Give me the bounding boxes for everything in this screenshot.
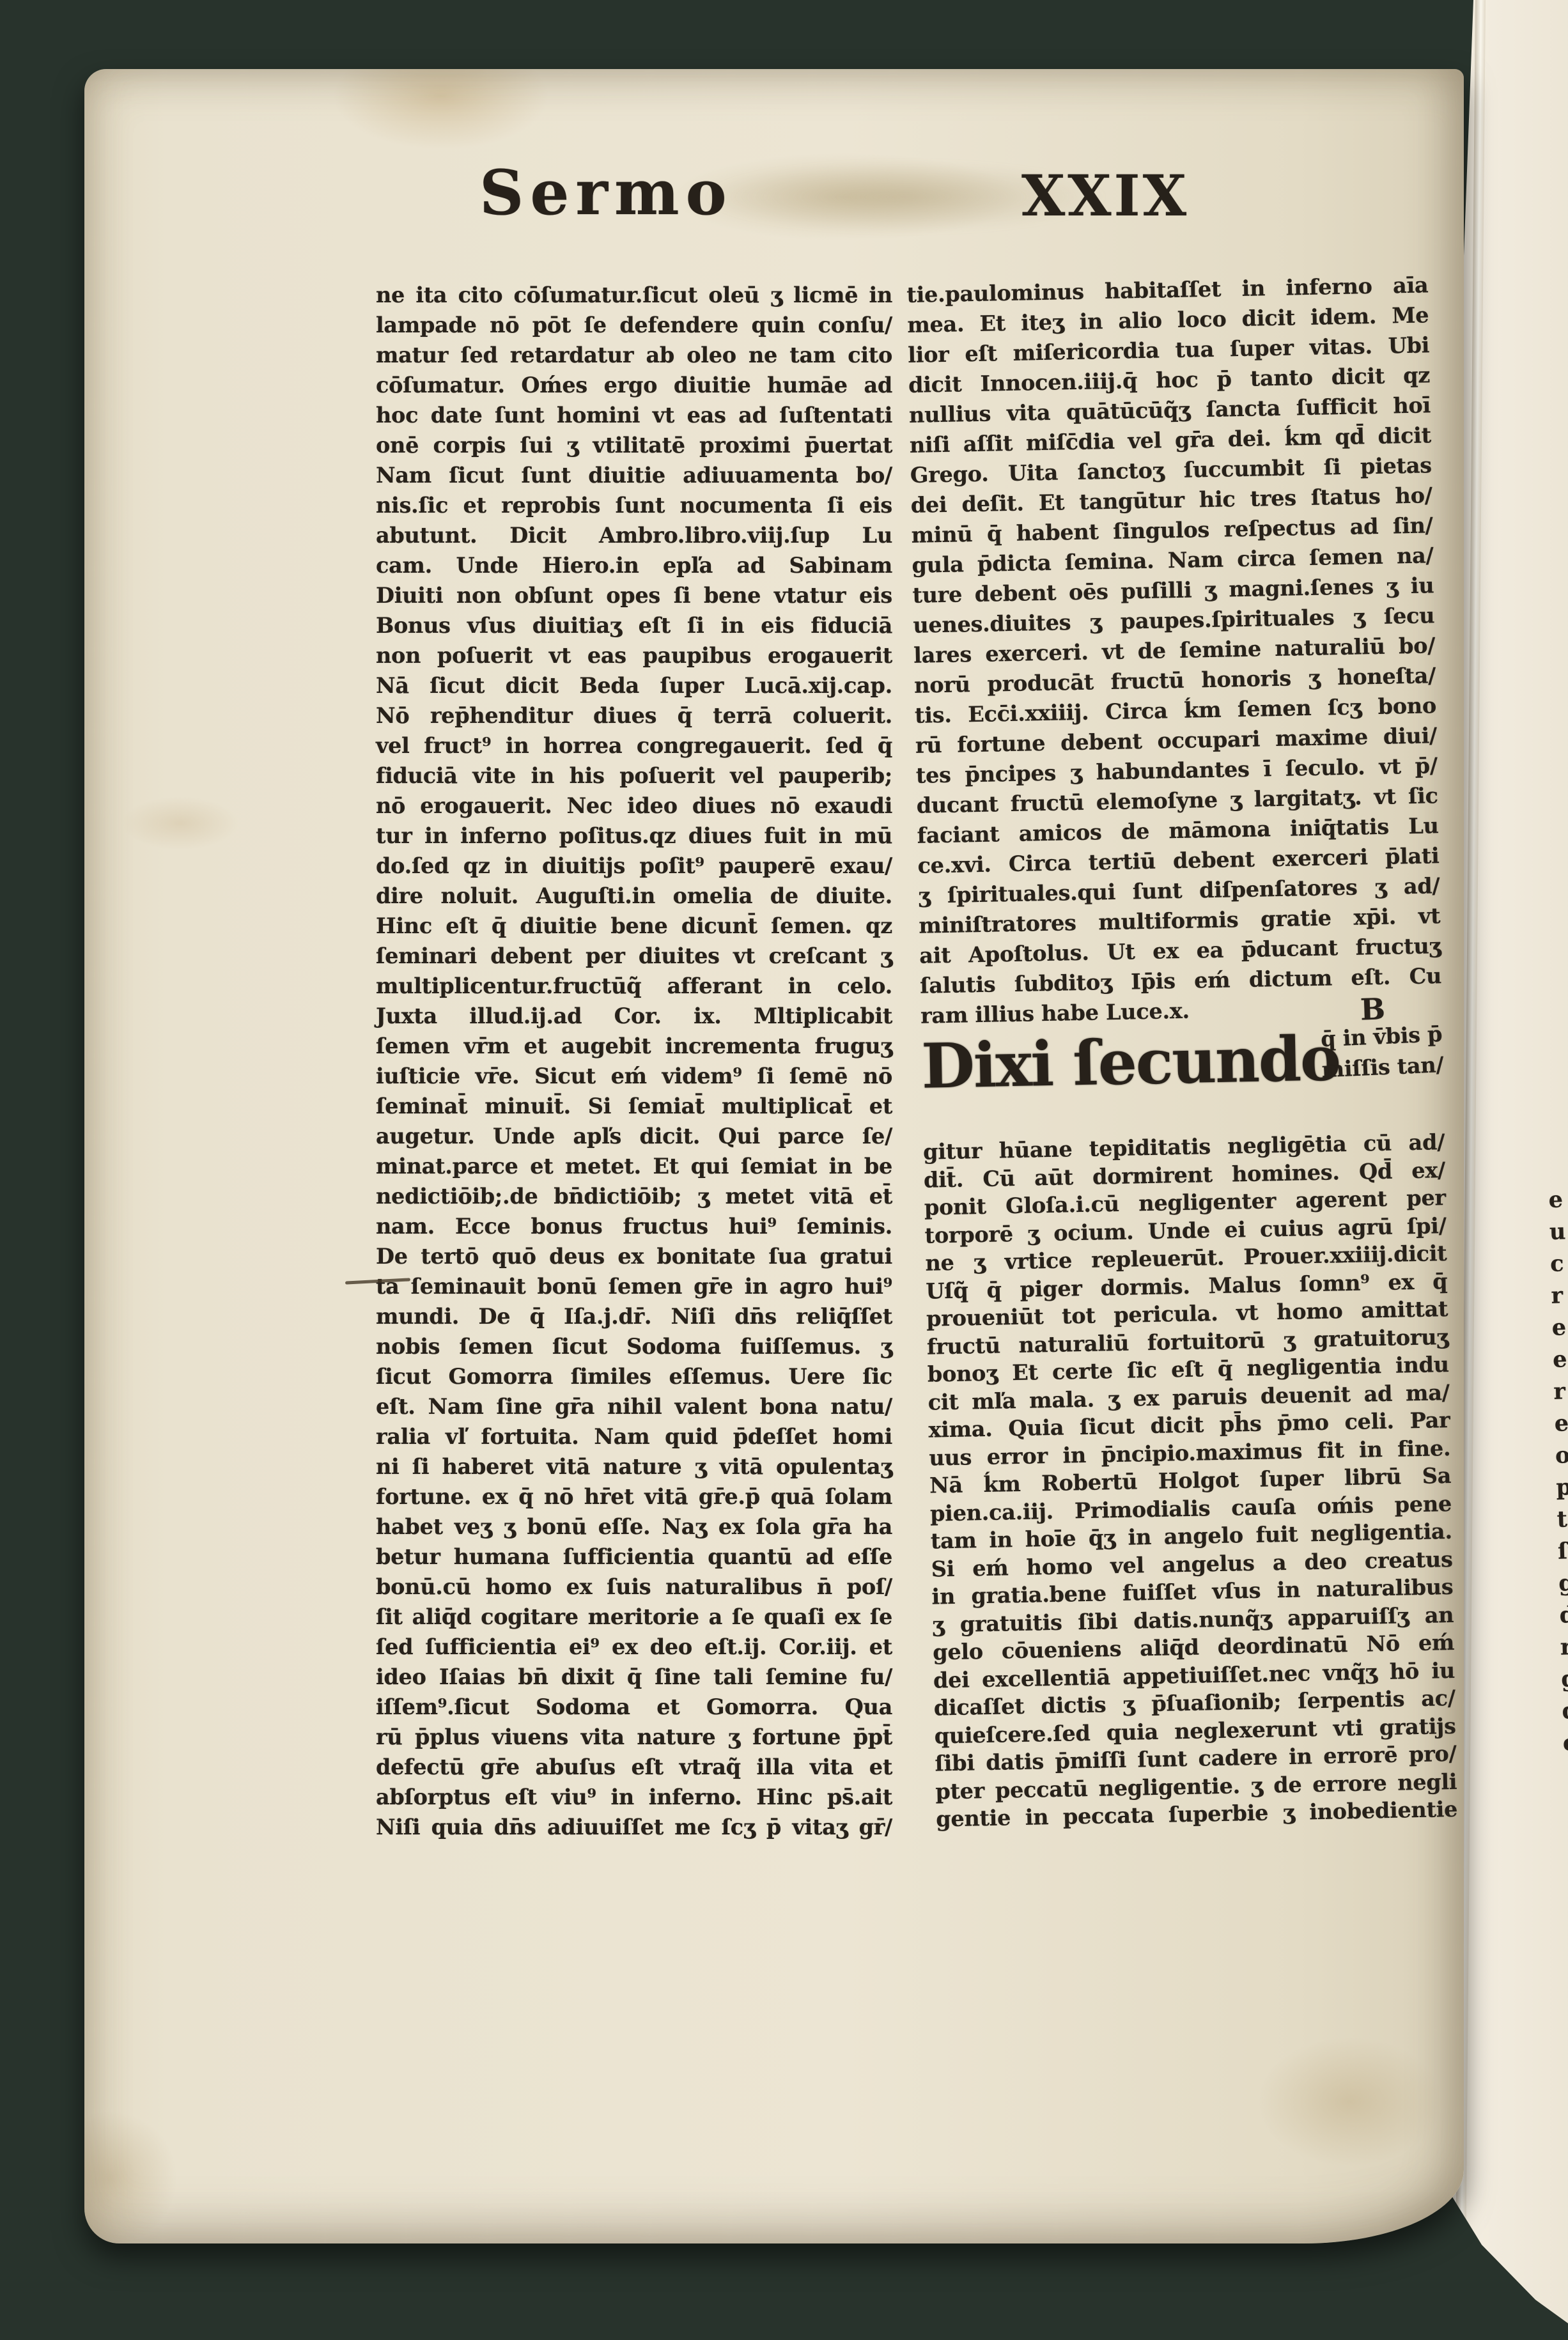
text-line: ſeminat̄ minuit̄. Si ſemiat̄ multiplicat… xyxy=(376,1091,892,1121)
text-line: ſicut Gomorra ſimiles eſſemus. Uere ſic xyxy=(376,1361,892,1391)
text-line: betur humana ſufficientia quantū ad eſſe xyxy=(376,1542,892,1572)
text-line: fortune. ex q̄ nō hr̄et vitā gr̄e.p̄ quā… xyxy=(376,1482,892,1512)
folio-number: XXIX xyxy=(1021,167,1189,224)
text-line: abſorptus eſt viu⁹ in inferno. Hinc ps̄.… xyxy=(376,1782,892,1812)
text-line: r xyxy=(1553,1375,1568,1408)
quire-signature: B xyxy=(1360,991,1386,1027)
text-line: e xyxy=(1553,1343,1568,1376)
text-line: bonū.cū homo ex ſuis naturalibus n̄ poſ/ xyxy=(376,1572,892,1602)
text-column-right: tie.paulominus habitaſſet in inferno aīa… xyxy=(906,270,1458,1833)
text-line: lampade nō pōt ſe defendere quin conſu/ xyxy=(376,310,892,340)
running-title: Sermo xyxy=(479,162,733,224)
section-heading: Dixi ſecundo xyxy=(921,1028,1340,1097)
text-line: ſed ſufficientia ei⁹ ex deo eſt.ij. Cor.… xyxy=(376,1632,892,1662)
text-line: fiduciā vite in his poſuerit vel pauperi… xyxy=(376,761,892,791)
text-line: rū p̄plus viuens vita nature ʒ fortune p… xyxy=(376,1722,892,1752)
text-line: Nam ſicut ſunt diuitie adiuuamenta bo/ xyxy=(376,460,892,490)
text-line: cam. Unde Hiero.in epľa ad Sabinam xyxy=(376,550,892,580)
text-line: ralia vľ fortuita. Nam quid p̄deſſet hom… xyxy=(376,1422,892,1452)
text-line: c xyxy=(1562,1726,1568,1760)
text-line: o xyxy=(1555,1439,1568,1472)
text-line: Bonus vſus diuitiaʒ eſt ſi in eis fiduci… xyxy=(376,610,892,640)
text-line: nis.ſic et reprobis ſunt nocumenta ſi ei… xyxy=(376,490,892,520)
text-line: miſſis tan/ xyxy=(1279,1050,1444,1087)
text-line: mundi. De q̄ Iſa.j.dr̄. Niſi dn̄s reliq̄… xyxy=(376,1301,892,1331)
text-line: Diuiti non obſunt opes ſi bene vtatur ei… xyxy=(376,580,892,610)
text-line: d xyxy=(1559,1599,1568,1632)
text-line: p xyxy=(1556,1471,1568,1504)
text-line: Nō rep̄henditur diues q̄ terrā coluerit. xyxy=(376,701,892,731)
section-heading-row: Dixi ſecundo q̄ in v̄bis p̄miſſis tan/ xyxy=(921,1021,1445,1138)
column-block-before-heading: tie.paulominus habitaſſet in inferno aīa… xyxy=(906,270,1442,1030)
text-line: d xyxy=(1562,1694,1568,1728)
text-line: e xyxy=(1548,1183,1568,1216)
text-line: matur ſed retardatur ab oleo ne tam cito xyxy=(376,340,892,370)
text-line: nam. Ecce bonus fructus hui⁹ ſeminis. xyxy=(376,1211,892,1241)
text-line: r xyxy=(1560,1631,1568,1664)
text-line: e xyxy=(1554,1407,1568,1440)
text-line: c xyxy=(1550,1247,1568,1280)
text-line: ta ſeminauit bonū ſemen gr̄e in agro hui… xyxy=(376,1271,892,1301)
text-line: ſit aliq̄d cogitare meritorie a ſe quaſi… xyxy=(376,1602,892,1632)
text-line: ſemen vr̄m et augebit incrementa fruguʒ xyxy=(376,1031,892,1061)
text-line: do.ſed qz in diuitijs poſit⁹ pauperē exa… xyxy=(376,851,892,881)
text-line: multiplicentur.fructūq̃ afferant in celo… xyxy=(376,971,892,1001)
text-line: dire noluit. Auguſti.in omelia de diuite… xyxy=(376,881,892,911)
text-line: minat.parce et metet. Et qui ſemiat in b… xyxy=(376,1151,892,1181)
text-line: g xyxy=(1558,1567,1568,1600)
text-line: r xyxy=(1551,1279,1568,1312)
text-line: ideo Iſaias bn̄ dixit q̄ ſine tali ſemin… xyxy=(376,1662,892,1692)
text-line: Nā ſicut dicit Beda ſuper Lucā.xij.cap. xyxy=(376,670,892,701)
text-line: onē corpis ſui ʒ vtilitatē proximi p̄uer… xyxy=(376,430,892,460)
text-line: Niſi quia dn̄s adiuuiſſet me ſcʒ p̄ vita… xyxy=(376,1812,892,1842)
text-line: u xyxy=(1549,1215,1568,1248)
text-line: augetur. Unde apľs dicit. Qui parce ſe/ xyxy=(376,1121,892,1151)
text-line: nobis ſemen ſicut Sodoma fuiſſemus. ʒ xyxy=(376,1331,892,1361)
book-scan: Sermo XXIX ne ita cito cōſumatur.ſicut o… xyxy=(0,0,1568,2340)
text-line: abutunt. Dicit Ambro.libro.viij.ſup Lu xyxy=(376,520,892,550)
text-line: De tertō quō deus ex bonitate ſua gratui xyxy=(376,1241,892,1271)
text-line: t xyxy=(1556,1503,1568,1536)
text-column-left: ne ita cito cōſumatur.ſicut oleū ʒ licmē… xyxy=(376,280,892,1842)
text-line: defectū gr̄e abuſus eſt vtraq̃ illa vita… xyxy=(376,1752,892,1782)
text-line: ne ita cito cōſumatur.ſicut oleū ʒ licmē… xyxy=(376,280,892,310)
text-line: iuſticie vr̄e. Sicut eḿ videm⁹ ſi ſemē n… xyxy=(376,1061,892,1091)
text-line: vel fruct⁹ in horrea congregauerit. ſed … xyxy=(376,731,892,761)
text-line: tur in inferno poſitus.qz diues fuit in … xyxy=(376,821,892,851)
text-line: ſi xyxy=(1557,1535,1568,1568)
text-line: Hinc eſt q̄ diuitie bene dicunt̄ ſemen. … xyxy=(376,911,892,941)
text-line: e xyxy=(1551,1311,1568,1344)
text-line: iſſem⁹.ſicut Sodoma et Gomorra. Qua xyxy=(376,1692,892,1722)
text-line: g xyxy=(1561,1662,1568,1696)
section-heading-side-lines: q̄ in v̄bis p̄miſſis tan/ xyxy=(1278,1019,1444,1087)
text-line: nedictiōib;.de bn̄dictiōib; ʒ metet vitā… xyxy=(376,1181,892,1211)
text-line: Juxta illud.ij.ad Cor. ix. Mltiplicabit xyxy=(376,1001,892,1031)
text-line: nō erogauerit. Nec ideo diues nō exaudi xyxy=(376,791,892,821)
column-block-after-heading: gitur hūane tepiditatis negligētia cū ad… xyxy=(923,1128,1458,1833)
text-line: hoc date ſunt homini vt eas ad ſuſtentat… xyxy=(376,400,892,430)
text-line: non poſuerit vt eas paupibus erogauerit xyxy=(376,640,892,670)
text-line: habet veʒ ʒ bonū eſſe. Naʒ ex ſola gr̄a … xyxy=(376,1512,892,1542)
text-line: eſt. Nam ſine gr̄a nihil valent bona nat… xyxy=(376,1391,892,1422)
text-line: cōſumatur. Oḿes ergo diuitie humāe ad xyxy=(376,370,892,400)
text-line: ni ſi haberet vitā nature ʒ vitā opulent… xyxy=(376,1452,892,1482)
text-line: ſeminari debent per diuites vt creſcant … xyxy=(376,941,892,971)
